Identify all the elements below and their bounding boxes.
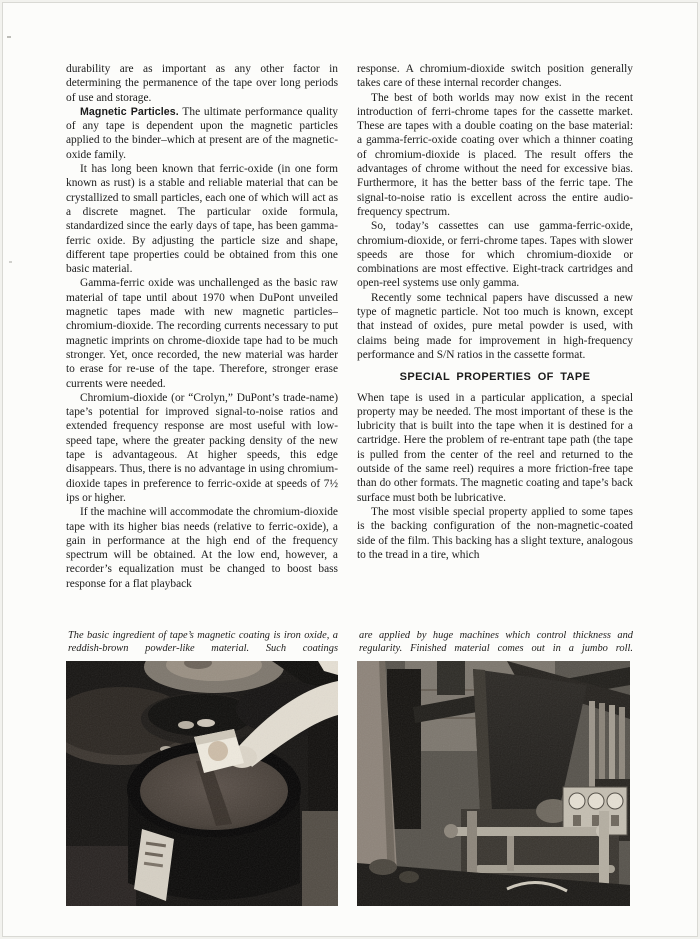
magazine-page: durability are as important as any other… bbox=[0, 0, 700, 939]
right-text-column: response. A chromium-dioxide switch posi… bbox=[357, 62, 633, 562]
photo-caption-right: are applied by huge machines which contr… bbox=[359, 630, 633, 656]
left-text-column: durability are as important as any other… bbox=[66, 62, 338, 591]
paragraph: Chromium-dioxide (or “Crolyn,” DuPont’s … bbox=[66, 391, 338, 505]
scan-artifact-mark bbox=[7, 36, 11, 38]
paragraph: The most visible special property applie… bbox=[357, 505, 633, 562]
run-in-heading-magnetic-particles: Magnetic Particles. bbox=[80, 106, 179, 118]
section-heading-special-properties: SPECIAL PROPERTIES OF TAPE bbox=[357, 370, 633, 384]
paragraph: It has long been known that ferric-oxide… bbox=[66, 162, 338, 276]
photo-oxide-drums bbox=[66, 661, 338, 906]
paragraph: If the machine will accommodate the chro… bbox=[66, 505, 338, 591]
paragraph: response. A chromium-dioxide switch posi… bbox=[357, 62, 633, 91]
paragraph: durability are as important as any other… bbox=[66, 62, 338, 105]
paragraph: Recently some technical papers have disc… bbox=[357, 291, 633, 362]
paragraph: The best of both worlds may now exist in… bbox=[357, 91, 633, 220]
coating-machine-illustration bbox=[357, 661, 630, 906]
paragraph: When tape is used in a particular applic… bbox=[357, 391, 633, 505]
photo-coating-machine bbox=[357, 661, 630, 906]
oxide-drums-illustration bbox=[66, 661, 338, 906]
paragraph: So, today’s cassettes can use gamma-ferr… bbox=[357, 219, 633, 290]
paragraph: Gamma-ferric oxide was unchallenged as t… bbox=[66, 276, 338, 390]
photo-caption-left: The basic ingredient of tape’s magnetic … bbox=[68, 630, 338, 656]
scan-artifact-mark bbox=[9, 261, 12, 263]
paragraph: Magnetic Particles. The ultimate perform… bbox=[66, 105, 338, 162]
